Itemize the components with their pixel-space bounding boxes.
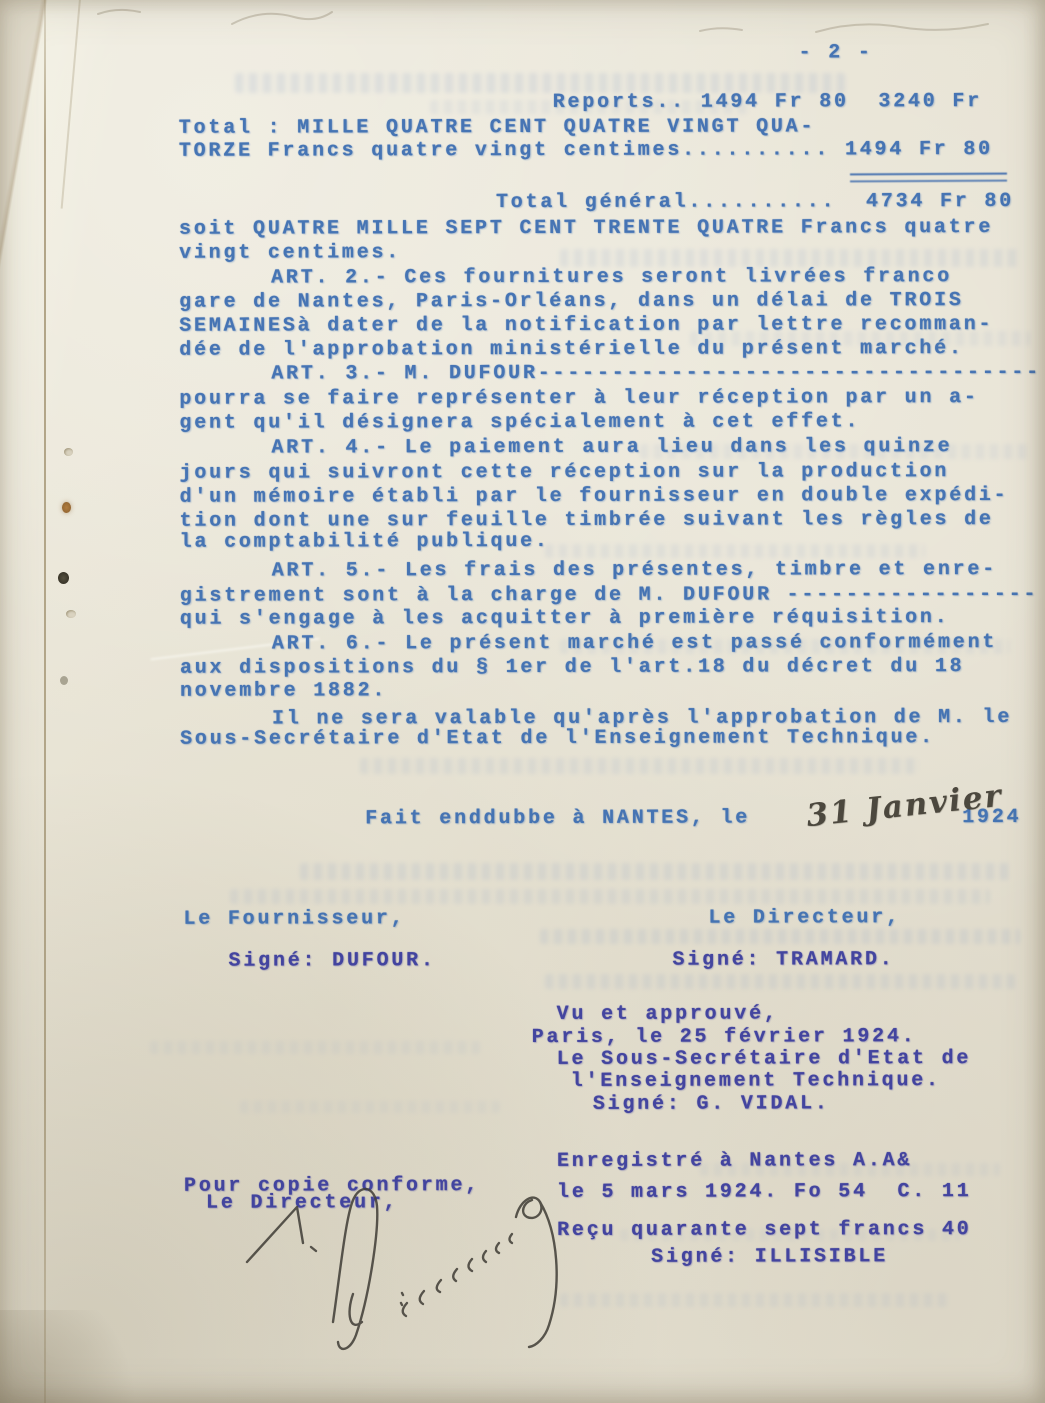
scanned-document-page: - 2 -Reports.. 1494 Fr 80 3240 FrTotal :…	[0, 0, 1045, 1403]
article-2-line-2: gare de Nantes, Paris-Orléans, dans un d…	[179, 289, 964, 315]
article-4-line-2: jours qui suivront cette réception sur l…	[179, 460, 949, 486]
registration-line-2: le 5 mars 1924. Fo 54 C. 11	[557, 1180, 972, 1205]
total-words-2: TORZE Francs quatre vingt centimes......…	[179, 138, 993, 164]
copy-conform-line-2: Le Directeur,	[206, 1191, 398, 1215]
fait-a-nantes: Fait enddubbe à NANTES, le	[365, 807, 750, 832]
supplier-title: Le Fournisseur,	[183, 907, 405, 931]
typewritten-text-layer: - 2 -Reports.. 1494 Fr 80 3240 FrTotal :…	[0, 0, 1045, 1403]
total-general-words-2: vingt centimes.	[179, 241, 401, 265]
registration-line-3: Reçu quarante sept francs 40	[557, 1218, 972, 1243]
approval-line-3: Le Sous-Secrétaire d'Etat de	[557, 1047, 972, 1072]
article-3-line-1: ART. 3.- M. DUFOUR----------------------…	[271, 361, 1041, 387]
article-6-line-3: novembre 1882.	[180, 679, 387, 703]
approval-line-1: Vu et approuvé,	[557, 1002, 779, 1026]
director-title: Le Directeur,	[708, 906, 900, 930]
validity-line-2: Sous-Secrétaire d'Etat de l'Enseignement…	[180, 726, 935, 752]
reports-line: Reports.. 1494 Fr 80 3240 Fr	[553, 90, 982, 115]
article-2-line-4: dée de l'approbation ministérielle du pr…	[179, 337, 964, 363]
registration-line-1: Enregistré à Nantes A.A&	[557, 1149, 912, 1174]
article-2-line-3: SEMAINESà dater de la notification par l…	[179, 313, 993, 339]
article-5-line-1: ART. 5.- Les frais des présentes, timbre…	[272, 558, 997, 584]
article-5-line-3: qui s'engage à les acquitter à première …	[180, 606, 950, 632]
page-number: - 2 -	[799, 41, 873, 65]
approval-line-4: l'Enseignement Technique.	[571, 1069, 941, 1094]
director-signed: Signé: TRAMARD.	[673, 948, 895, 972]
article-4-line-5: la comptabilité publique.	[180, 530, 550, 555]
article-3-line-2: pourra se faire représenter à leur récep…	[179, 386, 978, 412]
approval-signed: Signé: G. VIDAL.	[593, 1092, 830, 1116]
article-6-line-1: ART. 6.- Le présent marché est passé con…	[272, 631, 997, 657]
supplier-signed: Signé: DUFOUR.	[229, 949, 436, 973]
registration-signed: Signé: ILLISIBLE	[651, 1245, 888, 1269]
article-4-line-3: d'un mémoire établi par le fournisseur e…	[180, 484, 1009, 510]
total-amount-underline	[850, 173, 1007, 183]
article-4-line-1: ART. 4.- Le paiement aura lieu dans les …	[271, 435, 952, 460]
article-2-line-1: ART. 2.- Ces fournitures seront livrées …	[271, 265, 952, 290]
approval-line-2: Paris, le 25 février 1924.	[532, 1025, 917, 1050]
total-words-1: Total : MILLE QUATRE CENT QUATRE VINGT Q…	[179, 115, 816, 140]
article-3-line-3: gent qu'il désignera spécialement à cet …	[179, 410, 860, 435]
article-6-line-2: aux dispositions du § 1er de l'art.18 du…	[180, 655, 965, 681]
total-general: Total général.......... 4734 Fr 80	[496, 190, 1014, 215]
total-general-words-1: soit QUATRE MILLE SEPT CENT TRENTE QUATR…	[179, 216, 993, 242]
article-5-line-2: gistrement sont à la charge de M. DUFOUR…	[180, 583, 1039, 609]
